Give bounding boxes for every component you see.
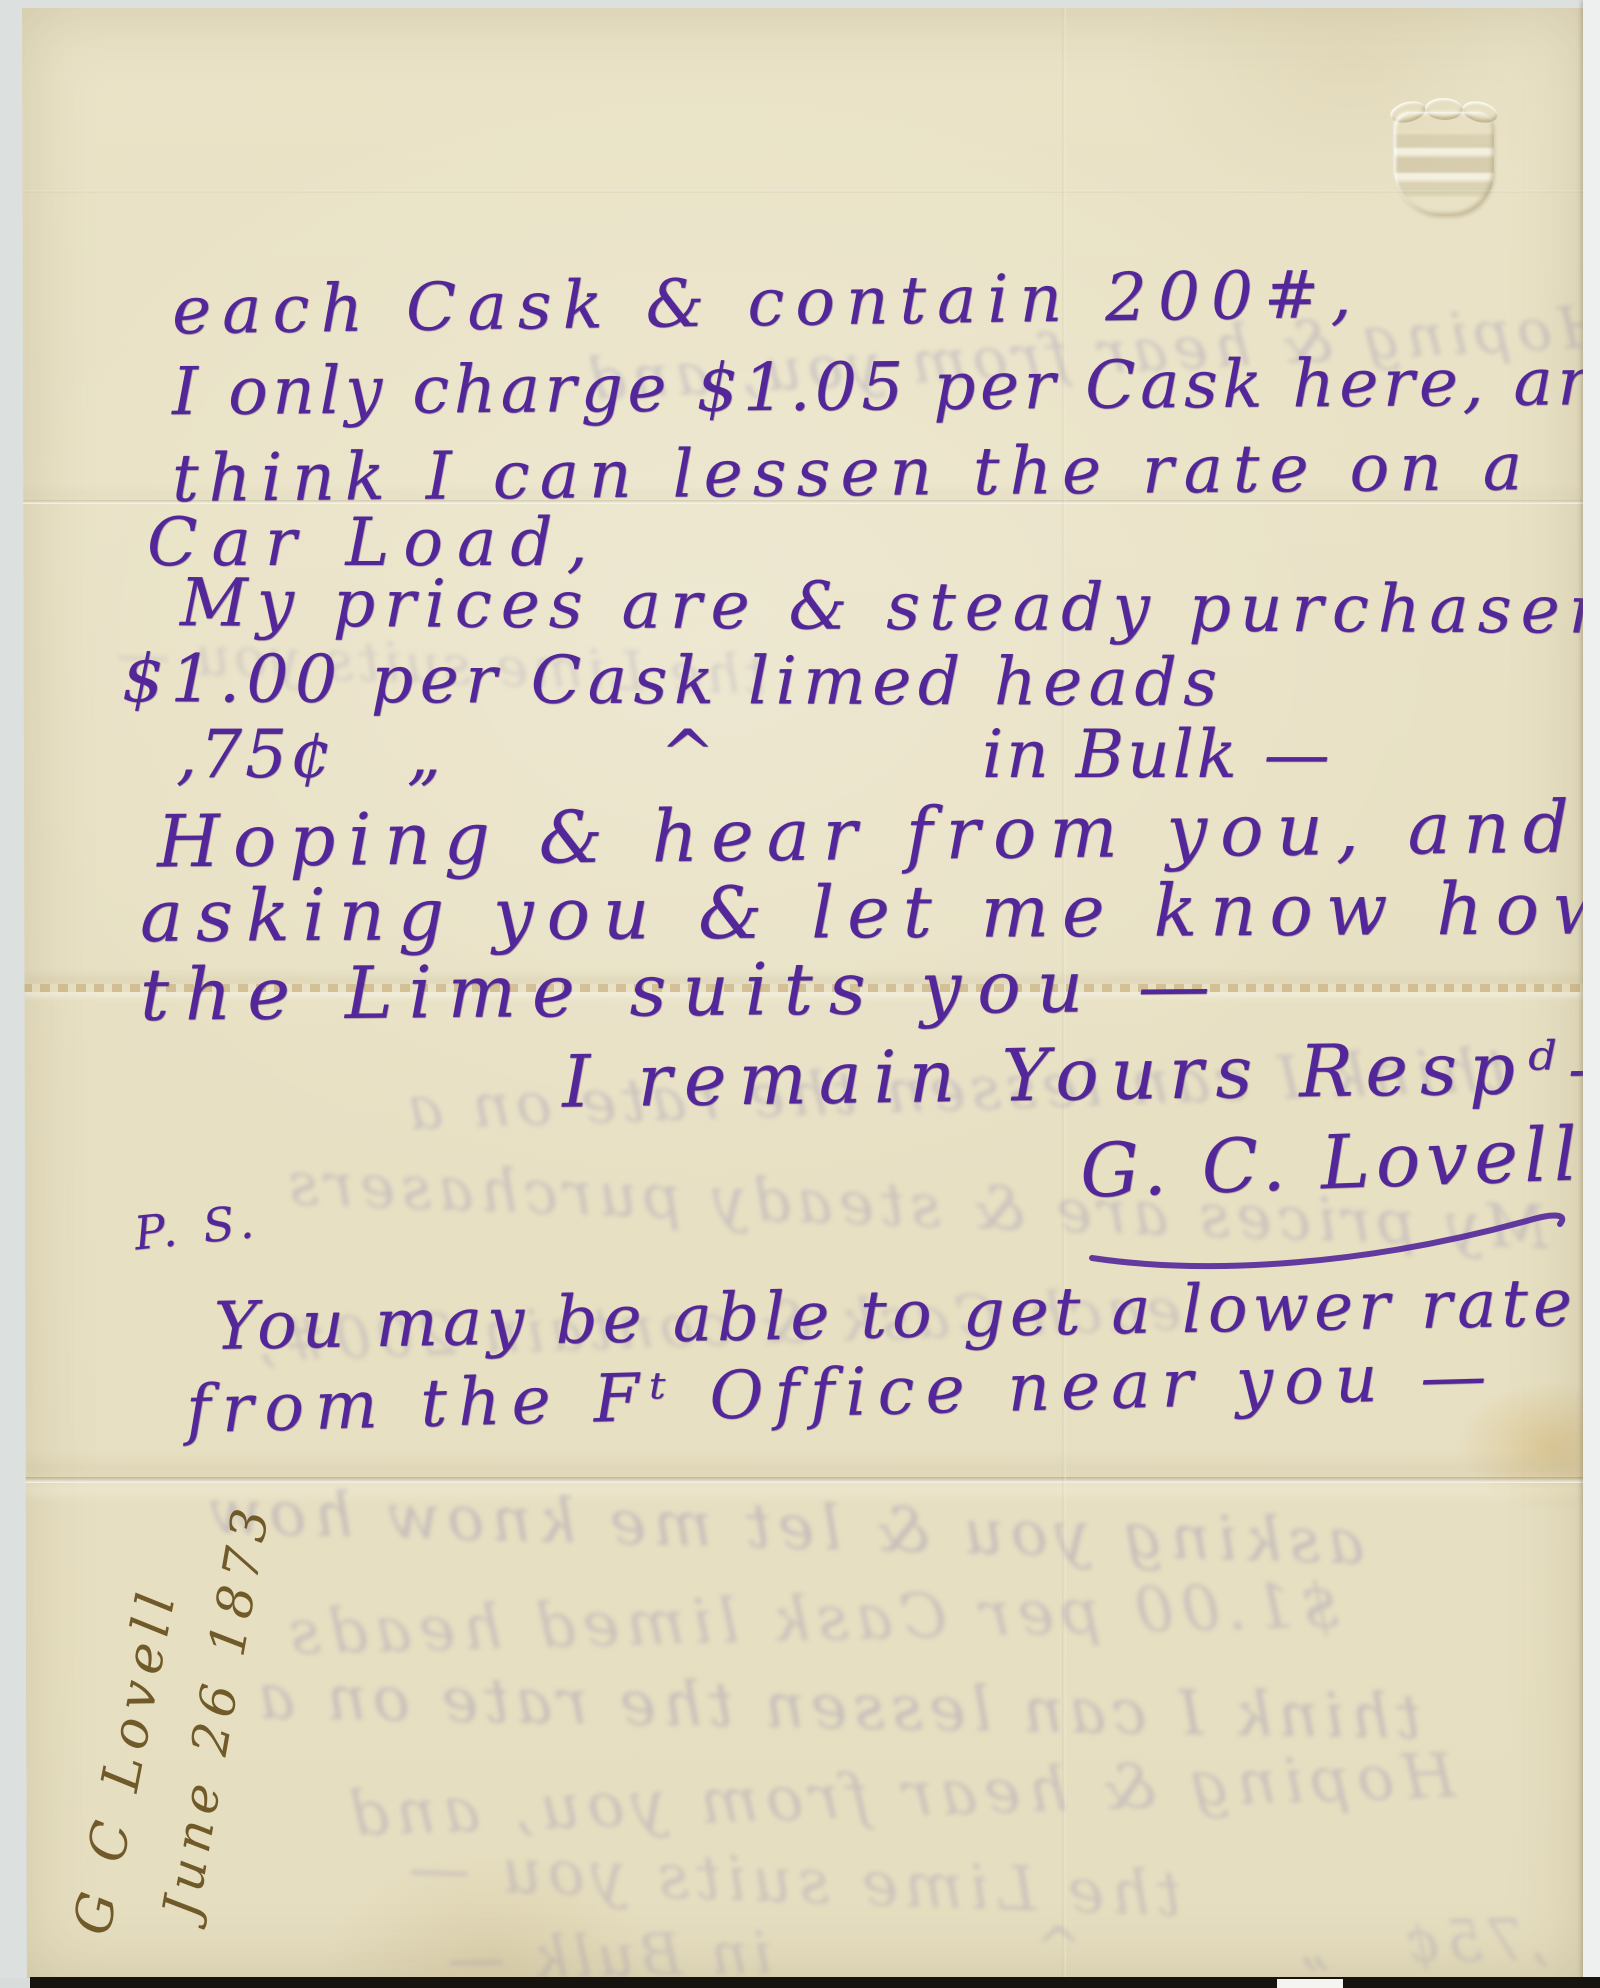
letter-line: each Cask & contain 200#, (172, 262, 1363, 345)
postscript-label: P. S. (132, 1198, 261, 1257)
docket-date: June 26 1873 (155, 1498, 277, 1921)
letter-line: $1.00 per Cask limed heads (122, 646, 1224, 716)
closing-line: I remain Yours Respᵈ— (562, 1030, 1600, 1117)
scan-shadow-notch (1277, 1979, 1343, 1988)
letter-line: My prices are & steady purchasers (180, 570, 1600, 644)
scan-shadow-strip (30, 1977, 1600, 1988)
letter-line: the Lime suits you — (140, 949, 1226, 1030)
letter-paper: Hoping & hear from you, and the Lime sui… (22, 8, 1583, 1978)
signature: G. C. Lovell (1079, 1117, 1584, 1209)
scanner-background-top (0, 0, 1600, 8)
embossed-stationers-seal-icon (1388, 98, 1500, 220)
bleed-through-text: Hoping & hear from you, and (341, 1745, 1456, 1846)
letter-line: I only charge $1.05 per Cask here, and (172, 349, 1600, 425)
letter-line: ,75¢ „ ^ in Bulk — (176, 722, 1333, 788)
fold-crease-horizontal-top (22, 190, 1583, 193)
bleed-through-text: $1.00 per Cask limed heads (281, 1574, 1340, 1664)
letter-line: think I can lessen the rate on a (172, 434, 1533, 512)
letter-line: asking you & let me know how (140, 872, 1600, 952)
bleed-through-text: think I can lessen the rate on a (252, 1666, 1422, 1748)
scanned-letter-page: Hoping & hear from you, and the Lime sui… (0, 0, 1600, 1988)
fold-crease-horizontal-3 (22, 1477, 1583, 1483)
bleed-through-text: the Lime suits you — (401, 1836, 1182, 1925)
scanner-background-right (1583, 0, 1600, 1988)
bleed-through-text: asking you & let me know how (201, 1481, 1365, 1573)
letter-line: Hoping & hear from you, and (157, 791, 1583, 878)
seal-shield (1394, 112, 1494, 216)
